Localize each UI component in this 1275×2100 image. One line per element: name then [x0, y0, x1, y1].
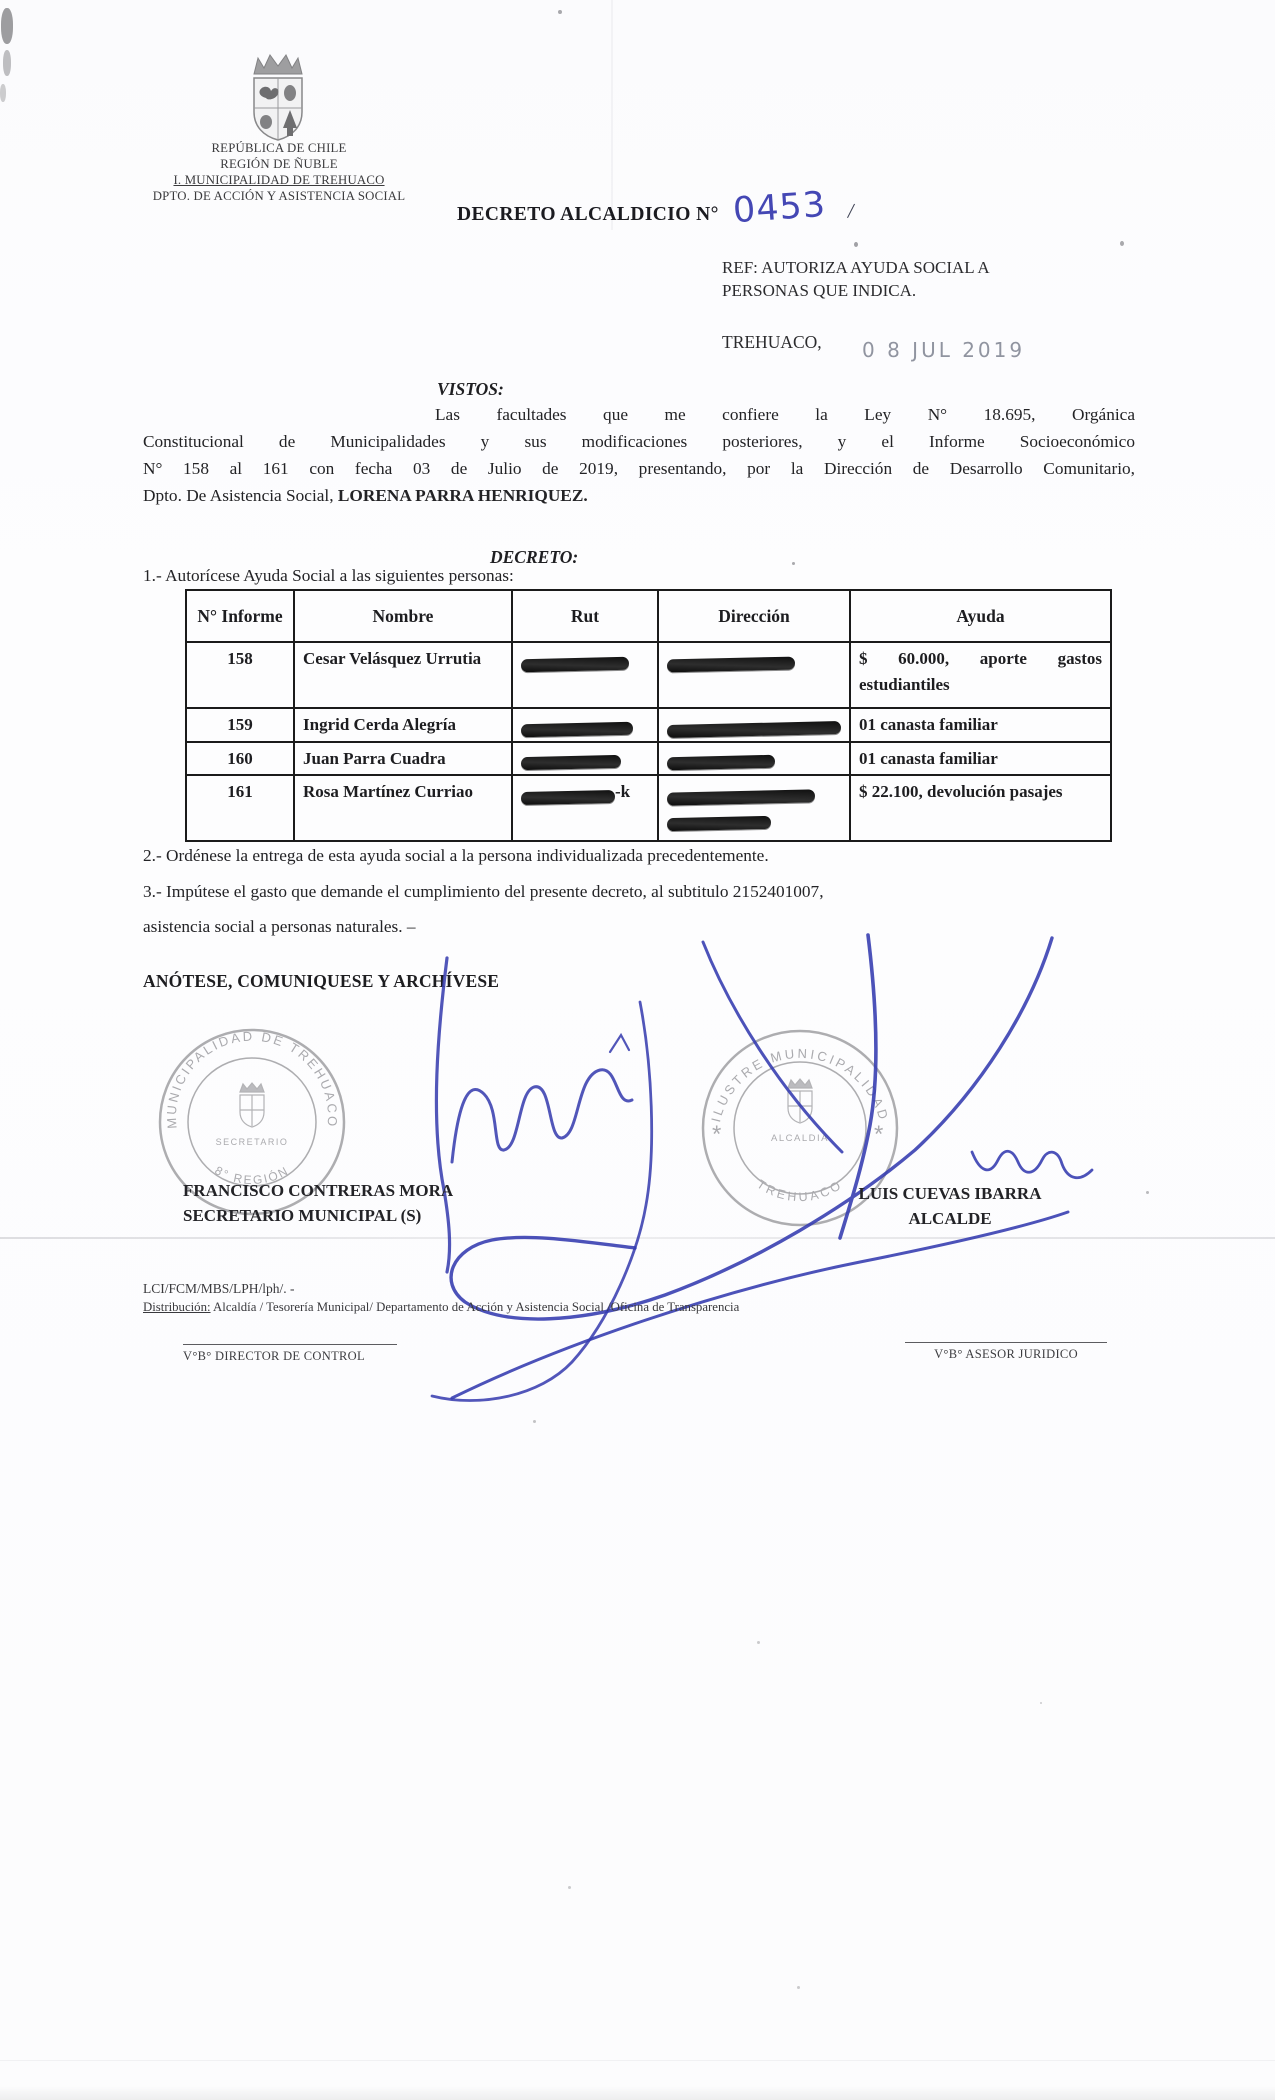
footer-distribution: Distribución: Alcaldía / Tesorería Munic…: [143, 1300, 739, 1315]
svg-text:MUNICIPALIDAD DE TREHUACO: MUNICIPALIDAD DE TREHUACO: [164, 1029, 340, 1130]
scan-speck: [568, 1886, 571, 1889]
ref-block: REF: AUTORIZA AYUDA SOCIAL A PERSONAS QU…: [722, 256, 990, 302]
signature-block-secretary: FRANCISCO CONTRERAS MORA SECRETARIO MUNI…: [183, 1178, 453, 1228]
decreto-heading: DECRETO:: [490, 547, 578, 568]
cell-direccion-redacted: [658, 642, 850, 708]
scan-speck: [757, 1641, 760, 1644]
scan-crease-line: [0, 1237, 1275, 1239]
vistos-line4-text: Dpto. De Asistencia Social,: [143, 486, 338, 505]
vistos-heading: VISTOS:: [437, 379, 504, 400]
svg-text:ILUSTRE MUNICIPALIDAD: ILUSTRE MUNICIPALIDAD: [708, 1046, 892, 1124]
scan-speck: [1146, 1191, 1149, 1194]
ref-line1: REF: AUTORIZA AYUDA SOCIAL A: [722, 256, 990, 279]
scan-fold-line: [611, 0, 613, 230]
crest-shield: [254, 78, 302, 140]
col-header-direccion: Dirección: [658, 590, 850, 642]
cell-rut-redacted: [512, 708, 658, 742]
col-header-ayuda: Ayuda: [850, 590, 1111, 642]
redaction-scribble: [667, 721, 841, 738]
mayor-title: ALCALDE: [810, 1206, 1090, 1231]
cell-rut-redacted: -k: [512, 775, 658, 841]
stamp-left-inner: SECRETARIO: [216, 1137, 289, 1147]
decreto-item3-line1: 3.- Impútese el gasto que demande el cum…: [143, 882, 1135, 902]
ref-line2: PERSONAS QUE INDICA.: [722, 279, 990, 302]
redaction-scribble: [521, 755, 621, 770]
distribution-label: Distribución:: [143, 1300, 211, 1314]
redaction-scribble: [667, 789, 815, 805]
cell-direccion-redacted: [658, 742, 850, 776]
scan-speck: [533, 1420, 536, 1423]
scan-overlay: MUNICIPALIDAD DE TREHUACO 8° REGIÓN SECR…: [0, 0, 1275, 2100]
decreto-item1: 1.- Autorícese Ayuda Social a las siguie…: [143, 566, 1135, 586]
letterhead-region: REGIÓN DE ÑUBLE: [150, 156, 408, 172]
vistos-line4-name: LORENA PARRA HENRIQUEZ.: [338, 486, 588, 505]
decreto-item2: 2.- Ordénese la entrega de esta ayuda so…: [143, 846, 1135, 866]
cell-informe: 160: [186, 742, 294, 776]
scan-speck: [1040, 1702, 1042, 1704]
crest-quarter2: [284, 85, 296, 101]
table-row: 158 Cesar Velásquez Urrutia $ 60.000, ap…: [186, 642, 1111, 708]
vistos-paragraph: Las facultades que me confiere la Ley N°…: [143, 401, 1135, 509]
mayor-signature: [451, 935, 1092, 1398]
cell-nombre: Juan Parra Cuadra: [294, 742, 512, 776]
crest-quarter1: [259, 87, 278, 100]
scan-speck: [792, 562, 795, 565]
signature-block-mayor: LUIS CUEVAS IBARRA ALCALDE: [810, 1181, 1090, 1231]
redaction-scribble: [667, 656, 795, 672]
stamp-right-arc-top: ILUSTRE MUNICIPALIDAD: [708, 1046, 892, 1124]
scan-edge-mark: [1, 8, 13, 44]
scan-speck: [1120, 241, 1124, 246]
decreto-item3-line2: asistencia social a personas naturales. …: [143, 917, 1135, 937]
col-header-rut: Rut: [512, 590, 658, 642]
date-stamp: 0 8 JUL 2019: [862, 338, 1025, 362]
redaction-scribble: [521, 721, 633, 737]
scan-edge-mark: [0, 84, 6, 102]
redaction-scribble: [521, 656, 629, 671]
mayor-name: LUIS CUEVAS IBARRA: [810, 1181, 1090, 1206]
vb-asesor-juridico: V°B° ASESOR JURIDICO: [905, 1342, 1107, 1362]
redaction-scribble: [667, 755, 775, 770]
scan-edge-mark: [3, 50, 11, 76]
cell-informe: 159: [186, 708, 294, 742]
vistos-line1: Las facultades que me confiere la Ley N°…: [143, 401, 1135, 428]
vb-director-control: V°B° DIRECTOR DE CONTROL: [183, 1344, 397, 1364]
crest-quarter4: [283, 110, 297, 136]
secretary-name: FRANCISCO CONTRERAS MORA: [183, 1178, 453, 1203]
stamp-left-crest: [240, 1083, 264, 1127]
stamp-right-star-left: *: [712, 1121, 721, 1148]
letterhead: REPÚBLICA DE CHILE REGIÓN DE ÑUBLE I. MU…: [150, 140, 408, 204]
handwritten-decree-number: 0453: [732, 185, 828, 231]
secretary-signature: [432, 958, 652, 1401]
letterhead-municipality: I. MUNICIPALIDAD DE TREHUACO: [150, 172, 408, 188]
col-header-informe: N° Informe: [186, 590, 294, 642]
cell-ayuda: 01 canasta familiar: [850, 708, 1111, 742]
letterhead-department: DPTO. DE ACCIÓN Y ASISTENCIA SOCIAL: [150, 188, 408, 204]
stamp-left-arc-top: MUNICIPALIDAD DE TREHUACO: [164, 1029, 340, 1130]
stamp-right-inner: ALCALDIA: [771, 1133, 829, 1144]
letterhead-country: REPÚBLICA DE CHILE: [150, 140, 408, 156]
aid-table: N° Informe Nombre Rut Dirección Ayuda 15…: [185, 589, 1112, 842]
cell-informe: 161: [186, 775, 294, 841]
table-header-row: N° Informe Nombre Rut Dirección Ayuda: [186, 590, 1111, 642]
decree-title: DECRETO ALCALDICIO N°: [457, 204, 719, 226]
redaction-scribble: [521, 790, 615, 805]
vistos-line3: N° 158 al 161 con fecha 03 de Julio de 2…: [143, 455, 1135, 482]
scan-speck: [854, 242, 858, 247]
vistos-line2: Constitucional de Municipalidades y sus …: [143, 428, 1135, 455]
distribution-text: Alcaldía / Tesorería Municipal/ Departam…: [211, 1300, 740, 1314]
cell-rut-redacted: [512, 742, 658, 776]
cell-informe: 158: [186, 642, 294, 708]
place-label: TREHUACO,: [722, 332, 822, 353]
secretary-title: SECRETARIO MUNICIPAL (S): [183, 1203, 453, 1228]
stamp-right-crest: [788, 1079, 812, 1123]
footer-initials: LCI/FCM/MBS/LPH/lph/. -: [143, 1281, 295, 1297]
cell-ayuda: $ 22.100, devolución pasajes: [850, 775, 1111, 841]
scan-speck: [558, 10, 562, 14]
closing-formula: ANÓTESE, COMUNIQUESE Y ARCHÍVESE: [143, 971, 499, 992]
table-row: 161 Rosa Martínez Curriao -k $ 22.100, d…: [186, 775, 1111, 841]
cell-rut-redacted: [512, 642, 658, 708]
crest-quarter3: [260, 115, 272, 129]
col-header-nombre: Nombre: [294, 590, 512, 642]
cell-direccion-redacted: [658, 775, 850, 841]
municipal-crest: [254, 55, 302, 140]
cell-nombre: Ingrid Cerda Alegría: [294, 708, 512, 742]
vistos-line4: Dpto. De Asistencia Social, LORENA PARRA…: [143, 482, 1135, 509]
table-row: 160 Juan Parra Cuadra 01 canasta familia…: [186, 742, 1111, 776]
document-page: REPÚBLICA DE CHILE REGIÓN DE ÑUBLE I. MU…: [0, 0, 1275, 2100]
cell-ayuda: $ 60.000, aporte gastos estudiantiles: [850, 642, 1111, 708]
table-row: 159 Ingrid Cerda Alegría 01 canasta fami…: [186, 708, 1111, 742]
scan-bottom-shadow: [0, 2086, 1275, 2100]
scan-crease-line: [0, 2060, 1275, 2061]
decree-title-slash: /: [846, 198, 856, 225]
rut-visible-suffix: -k: [615, 782, 630, 801]
redaction-scribble: [667, 816, 771, 831]
scan-speck: [797, 1986, 800, 1989]
crest-crown: [254, 55, 302, 74]
stamp-right-star-right: *: [874, 1121, 883, 1148]
cell-direccion-redacted: [658, 708, 850, 742]
cell-nombre: Rosa Martínez Curriao: [294, 775, 512, 841]
cell-ayuda: 01 canasta familiar: [850, 742, 1111, 776]
cell-nombre: Cesar Velásquez Urrutia: [294, 642, 512, 708]
